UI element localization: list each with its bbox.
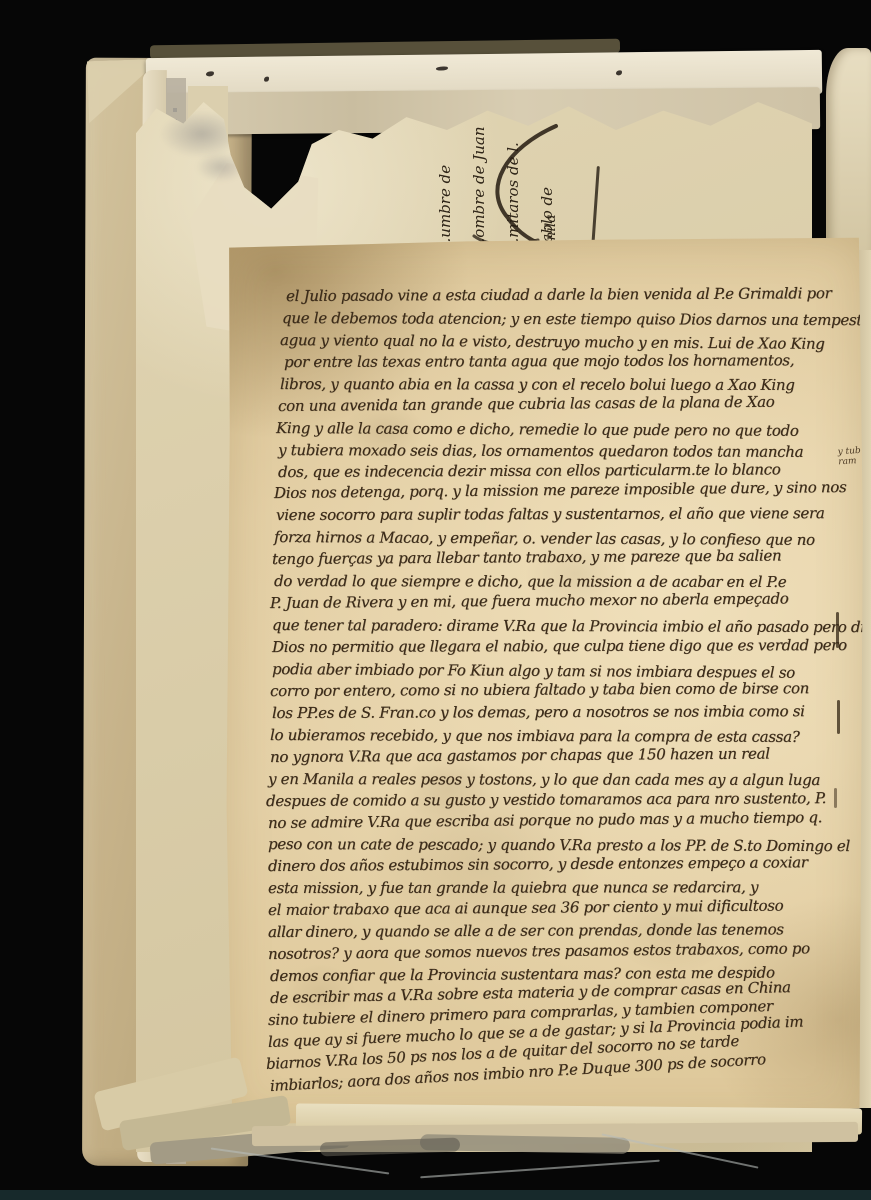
manuscript-line: King y alle la casa como e dicho, remedi… xyxy=(276,418,856,443)
manuscript-line: Dios no permitio que llegara el nabio, q… xyxy=(272,635,852,659)
manuscript-line: viene socorro para suplir todas faltas y… xyxy=(276,503,856,527)
margin-mark xyxy=(834,788,837,808)
archive-photo: ...umbre de ...ombre de Juan ...mitaros … xyxy=(0,0,871,1200)
rotated-fragment: ...umbre de xyxy=(428,90,462,252)
book-fore-edge xyxy=(826,48,871,260)
manuscript-line: dinero dos años estubimos sin socorro, y… xyxy=(268,852,848,878)
ink-fragment xyxy=(616,70,622,75)
ink-fragment xyxy=(436,66,448,70)
manuscript-line: no ygnora V.Ra que aca gastamos por chap… xyxy=(270,743,850,769)
ink-fragment xyxy=(264,77,269,82)
manuscript-line: tengo fuerças ya para llebar tanto traba… xyxy=(272,545,852,571)
manuscript-line: P. Juan de Rivera y en mi, que fuera muc… xyxy=(270,588,850,615)
manuscript-line: que le debemos toda atencion; y en este … xyxy=(282,308,862,332)
margin-mark xyxy=(836,612,839,648)
margin-mark xyxy=(837,700,840,734)
manuscript-line: los PP.es de S. Fran.co y los demas, per… xyxy=(272,701,852,725)
ink-fragment xyxy=(206,71,214,76)
manuscript-line: el maior trabaxo que aca ai aunque sea 3… xyxy=(268,895,848,922)
manuscript-line: por entre las texas entro tanta agua que… xyxy=(284,350,864,374)
letter-page: el Julio pasado vine a esta ciudad a dar… xyxy=(224,236,864,1126)
manuscript-line: con una avenida tan grande que cubria la… xyxy=(278,391,858,418)
scan-edge-strip xyxy=(0,1190,871,1200)
letter-text: el Julio pasado vine a esta ciudad a dar… xyxy=(280,286,860,1098)
manuscript-line: Dios nos detenga, porq. y la mission me … xyxy=(274,477,854,505)
manuscript-line: corro por entero, como si no ubiera falt… xyxy=(270,678,850,703)
manuscript-line: el Julio pasado vine a esta ciudad a dar… xyxy=(286,283,866,308)
binding-thread xyxy=(420,1160,660,1179)
